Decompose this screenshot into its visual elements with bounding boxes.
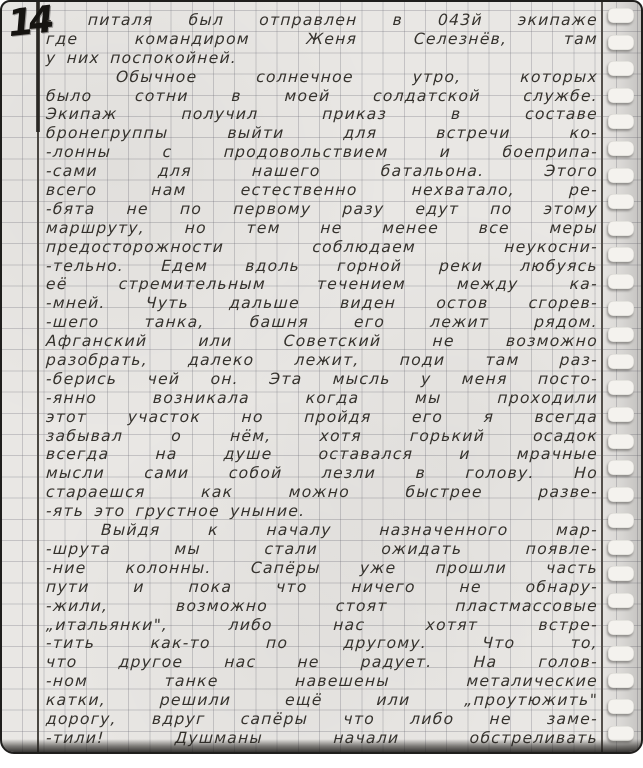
handwritten-line: что другое нас не радует. На голов-: [46, 653, 599, 672]
handwritten-line: Экипаж получил приказ в составе: [46, 105, 599, 124]
scanned-page: 14 - питаля был отправлен в 043й экипаже…: [0, 0, 643, 768]
handwritten-line: всего нам естественно нехватало, ре-: [46, 181, 599, 200]
handwritten-line: -берись чей он. Эта мысль у меня посто-: [46, 370, 599, 389]
perforation-tab: [608, 327, 634, 342]
handwritten-line: - питаля был отправлен в 043й экипаже: [46, 11, 599, 30]
perforation-tab: [608, 114, 634, 129]
handwritten-line: „итальянки", либо нас хотят встре-: [46, 616, 599, 635]
handwritten-line: её стремительным течением между ка-: [46, 275, 599, 294]
handwritten-line: где командиром Женя Селезнёв, там: [46, 30, 599, 49]
perforation-tab: [608, 274, 634, 289]
perforation-tab: [608, 380, 634, 395]
perforation-tab: [608, 620, 634, 635]
handwritten-line: -шего танка, башня его лежит рядом.: [46, 313, 599, 332]
handwritten-line: -ном танке навешены металические: [46, 672, 599, 691]
perforation-tab: [608, 8, 634, 23]
handwritten-line: всегда на душе оставался и мрачные: [46, 445, 599, 464]
handwritten-line: маршруту, но тем не менее все меры: [46, 219, 599, 238]
perforation-tab: [608, 460, 634, 475]
handwritten-line: забывал о нём, хотя горький осадок: [46, 427, 599, 446]
perforation-tab: [608, 61, 634, 76]
left-margin-line: [37, 2, 39, 752]
handwritten-line: -тить как-то по другому. Что то,: [46, 634, 599, 653]
perforation-tab: [608, 247, 634, 262]
handwritten-line: -лонны с продовольствием и боеприпа-: [46, 143, 599, 162]
perforation-tab: [608, 407, 634, 422]
handwritten-line: Выйдя к началу назначенного мар-: [46, 521, 599, 540]
perforation-tab: [608, 646, 634, 661]
page-bottom-shadow: [2, 739, 641, 752]
handwritten-line: -шрута мы стали ожидать появле-: [46, 540, 599, 559]
handwritten-line: стараешся как можно быстрее разве-: [46, 483, 599, 502]
handwritten-line: Афганский или Советский не возможно: [46, 332, 599, 351]
handwritten-line: -тельно. Едем вдоль горной реки любуясь: [46, 257, 599, 276]
perforation-tab: [608, 301, 634, 316]
handwritten-line: -бята не по первому разу едут по этому: [46, 200, 599, 219]
handwritten-line: у них поспокойней.: [46, 49, 599, 68]
handwritten-line: было сотни в моей солдатской службе.: [46, 87, 599, 106]
perforation-tab: [608, 487, 634, 502]
handwritten-line: катки, решили ещё или „проутюжить": [46, 691, 599, 710]
handwritten-line: -мней. Чуть дальше виден остов сгорев-: [46, 294, 599, 313]
perforation-tab: [608, 221, 634, 236]
handwritten-line: -жили, возможно стоят пластмассовые: [46, 597, 599, 616]
handwritten-line: бронегруппы выйти для встречи ко-: [46, 124, 599, 143]
perforation-tab: [608, 566, 634, 581]
handwritten-line: -янно возникала когда мы проходили: [46, 389, 599, 408]
handwritten-line: мысли сами собой лезли в голову. Но: [46, 464, 599, 483]
perforation-tab: [608, 168, 634, 183]
handwritten-line: разобрать, далеко лежит, поди там раз-: [46, 351, 599, 370]
handwritten-line: пути и пока что ничего не обнару-: [46, 578, 599, 597]
perforation-tab: [608, 699, 634, 714]
perforation-tab: [608, 354, 634, 369]
perforation-tab: [608, 593, 634, 608]
handwritten-line: этот участок но пройдя его я всегда: [46, 408, 599, 427]
handwritten-line: -ние колонны. Сапёры уже прошли часть: [46, 559, 599, 578]
perforation-tab: [608, 673, 634, 688]
handwritten-line: Обычное солнечное утро, которых: [46, 68, 599, 87]
handwritten-line: -ять это грустное уныние.: [46, 502, 599, 521]
perforation-tab: [608, 513, 634, 528]
handwritten-text: - питаля был отправлен в 043й экипажегде…: [46, 11, 598, 748]
page-number: 14: [6, 0, 52, 45]
handwritten-line: -сами для нашего батальона. Этого: [46, 162, 599, 181]
handwritten-line: дорогу, вдруг сапёры что либо не заме-: [46, 710, 599, 729]
perforation-tab: [608, 540, 634, 555]
perforation-tab: [608, 434, 634, 449]
notebook-page: 14 - питаля был отправлен в 043й экипаже…: [0, 0, 643, 754]
handwritten-line: предосторожности соблюдаем неукосни-: [46, 238, 599, 257]
perforation-tab: [608, 141, 634, 156]
perforation-tab: [608, 88, 634, 103]
perforation-tab: [608, 35, 634, 50]
perforation-strip: [608, 8, 638, 752]
perforation-tab: [608, 194, 634, 209]
